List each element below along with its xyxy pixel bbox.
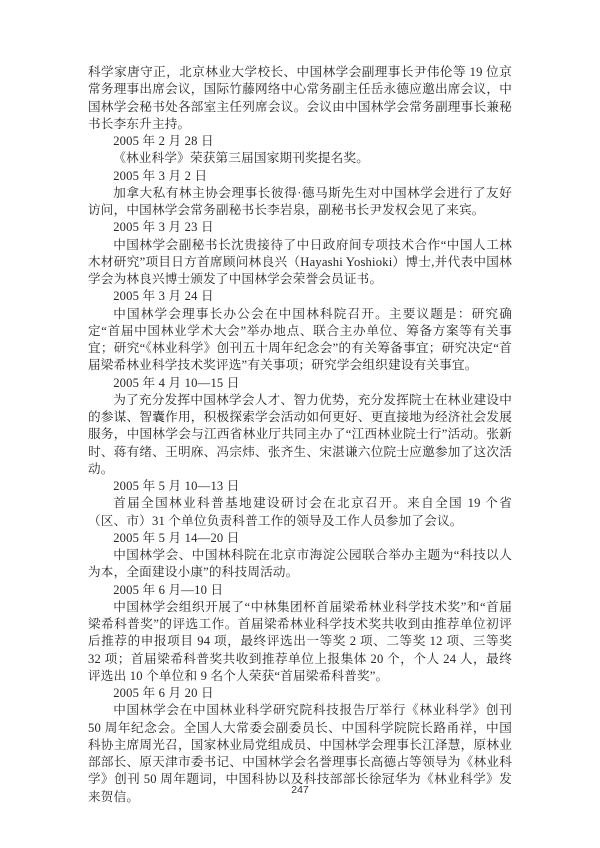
entry-date: 2005 年 5 月 10—13 日: [88, 478, 512, 495]
entry-text: 中国林学会副秘书长沈贵接待了中日政府间专项技术合作“中国人工林木材研究”项目日方…: [88, 237, 512, 289]
entry-date: 2005 年 6 月—10 日: [88, 582, 512, 599]
entry-text: 中国林学会、中国林科院在北京市海淀公园联合举办主题为“科技以人为本，全面建设小康…: [88, 547, 512, 582]
page-content: 科学家唐守正，北京林业大学校长、中国林学会副理事长尹伟伦等 19 位京常务理事出…: [88, 64, 512, 806]
entry-text: 《林业科学》荣获第三届国家期刊奖提名奖。: [88, 150, 512, 167]
entry-text: 为了充分发挥中国林学会人才、智力优势，充分发挥院士在林业建设中的参谋、智囊作用，…: [88, 392, 512, 478]
entry-date: 2005 年 5 月 14—20 日: [88, 530, 512, 547]
entry-date: 2005 年 3 月 23 日: [88, 219, 512, 236]
entry-text: 加拿大私有林主协会理事长彼得·德马斯先生对中国林学会进行了友好访问，中国林学会常…: [88, 185, 512, 220]
entry-text: 中国林学会理事长办公会在中国林科院召开。主要议题是：研究确定“首届中国林业学术大…: [88, 306, 512, 375]
entry-date: 2005 年 2 月 28 日: [88, 133, 512, 150]
entry-text: 首届全国林业科普基地建设研讨会在北京召开。来自全国 19 个省（区、市）31 个…: [88, 495, 512, 530]
document-page: 科学家唐守正，北京林业大学校长、中国林学会副理事长尹伟伦等 19 位京常务理事出…: [0, 0, 600, 848]
entry-date: 2005 年 3 月 2 日: [88, 168, 512, 185]
page-number: 247: [0, 784, 600, 796]
paragraph-continuation: 科学家唐守正，北京林业大学校长、中国林学会副理事长尹伟伦等 19 位京常务理事出…: [88, 64, 512, 133]
entry-date: 2005 年 3 月 24 日: [88, 288, 512, 305]
entry-text: 中国林学会组织开展了“中林集团杯首届梁希林业科学技术奖”和“首届梁希科普奖”的评…: [88, 599, 512, 685]
entry-date: 2005 年 6 月 20 日: [88, 685, 512, 702]
entry-date: 2005 年 4 月 10—15 日: [88, 375, 512, 392]
